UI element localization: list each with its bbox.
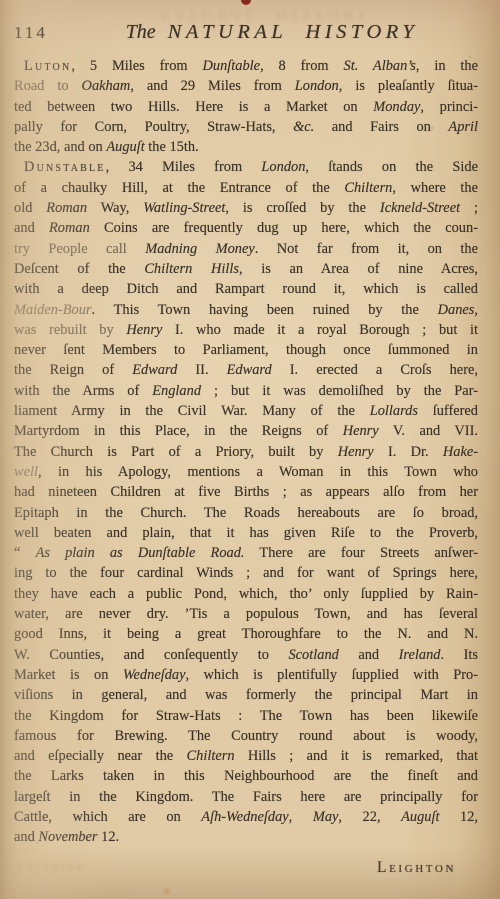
body-text: the Larks taken in this Neighbourhood ar… [14, 768, 478, 784]
body-text: , 5 Miles from [71, 58, 202, 74]
body-text: and [14, 220, 49, 236]
body-text: liament Army in the Civil War. Many of t… [14, 403, 370, 419]
catchword: Leighton [377, 859, 456, 877]
text-line: liament Army in the Civil War. Many of t… [14, 401, 478, 421]
body-text: . This Town having been ruined by the [92, 302, 438, 318]
text-line: the 23d, and on Auguſt the 15th. [14, 137, 478, 157]
body-text: try People call [14, 241, 145, 257]
text-line: of a chaulky Hill, at the Entrance of th… [14, 178, 478, 198]
text-line: ted between two Hills. Here is a Market … [14, 97, 478, 117]
italic-text: Watling-Street [143, 200, 225, 216]
body-text: Martyrdom in this Place, in the Reigns o… [14, 423, 343, 439]
text-line: Cattle, which are on Aſh-Wedneſday, May,… [14, 807, 478, 827]
text-line: W. Counties, and conſequently to Scotlan… [14, 645, 478, 665]
italic-text: Edward [132, 362, 177, 378]
italic-text: Chiltern [187, 748, 235, 764]
body-text: , [289, 809, 313, 825]
text-line: Dunstable, 34 Miles from London, ſtands … [14, 157, 478, 177]
body-text: ſuffered [418, 403, 478, 419]
text-line: Epitaph in the Church. The Roads hereabo… [14, 503, 478, 523]
body-text: ; but it was demoliſhed by the Par- [201, 383, 478, 399]
italic-text: Oakham [82, 78, 131, 94]
text-line: and November 12. [14, 827, 478, 847]
body-text: pally for Corn, Poultry, Straw-Hats, [14, 119, 293, 135]
body-text: viſions in general, and was formerly the… [14, 687, 478, 703]
text-line: with the Arms of England ; but it was de… [14, 381, 478, 401]
body-text: the Reign of [14, 362, 132, 378]
body-text: W. Counties, and conſequently to [14, 647, 288, 663]
body-text: . Its [440, 647, 478, 663]
text-line: Deſcent of the Chiltern Hills, is an Are… [14, 259, 478, 279]
text-line: well, in his Apology, mentions a Woman i… [14, 462, 478, 482]
page-number: 114 [14, 23, 66, 43]
italic-text: &c. [293, 119, 314, 135]
italic-text: Auguſt [401, 809, 439, 825]
text-line: Road to Oakham, and 29 Miles from London… [14, 76, 478, 96]
text-line: viſions in general, and was formerly the… [14, 685, 478, 705]
body-text: II. [177, 362, 226, 378]
body-text: never ſent Members to Parliament, though… [14, 342, 478, 358]
body-text: of a chaulky Hill, at the Entrance of th… [14, 180, 344, 196]
body-text: 12. [98, 829, 120, 845]
text-line: the Larks taken in this Neighbourhood ar… [14, 766, 478, 786]
italic-text: London [295, 78, 339, 94]
body-text: I. Dr. [374, 444, 443, 460]
body-text: , is an Area of nine Acres, [239, 261, 478, 277]
body-text: and [14, 829, 38, 845]
italic-text: Monday [373, 99, 420, 115]
italic-text: well [14, 464, 38, 480]
italic-text: May [313, 809, 339, 825]
body-text: and Fairs on [314, 119, 448, 135]
text-line: had nineteen Children at five Births ; a… [14, 482, 478, 502]
body-text: Hills ; and it is remarked, that [235, 748, 478, 764]
body-text: Luton [24, 58, 71, 74]
body-text: , is pleaſantly ſitua- [339, 78, 478, 94]
body-text: Coins are frequently dug up here, which … [90, 220, 478, 236]
body-text: Epitaph in the Church. The Roads hereabo… [14, 505, 478, 521]
text-line: ing to the four cardinal Winds ; and for… [14, 563, 478, 583]
body-text: , in his Apology, mentions a Woman in th… [38, 464, 478, 480]
body-text: ing to the four cardinal Winds ; and for… [14, 565, 478, 581]
text-line: Maiden-Bour. This Town having been ruine… [14, 300, 478, 320]
body-text: , 34 Miles from [106, 159, 262, 175]
text-line: Martyrdom in this Place, in the Reigns o… [14, 421, 478, 441]
italic-text: Danes [438, 302, 475, 318]
body-text: , 22, [338, 809, 401, 825]
text-line: well beaten and plain, that it has given… [14, 523, 478, 543]
body-text: , 8 from [260, 58, 343, 74]
italic-text: Madning Money [145, 241, 255, 257]
body-text: Dunstable [24, 159, 106, 175]
body-text: , in the [416, 58, 478, 74]
body-text: There are four Streets anſwer- [245, 545, 478, 561]
page-title-main: NATURAL HISTORY [168, 21, 419, 43]
italic-text: Aſh-Wedneſday [201, 809, 288, 825]
body-text: the 23d, and on [14, 139, 106, 155]
body-text: , which is plentifully ſupplied with Pro… [185, 667, 478, 683]
italic-text: Hake- [443, 444, 478, 460]
body-text: , and 29 Miles from [130, 78, 294, 94]
text-line: old Roman Way, Watling-Street, is croſſe… [14, 198, 478, 218]
italic-text: Scotland [288, 647, 338, 663]
body-text: , ſtands on the Side [305, 159, 478, 175]
body-text: , princi- [420, 99, 478, 115]
body-text: Road to [14, 78, 82, 94]
italic-text: As plain as Dunſtable Road. [36, 545, 245, 561]
italic-text: London [261, 159, 305, 175]
page-title: The NATURAL HISTORY [66, 21, 478, 44]
text-line: water, are never dry. ’Tis a populous To… [14, 604, 478, 624]
body-text: and eſpecially near the [14, 748, 187, 764]
body-text: well beaten and plain, that it has given… [14, 525, 478, 541]
body-text: was rebuilt by [14, 322, 126, 338]
body-text: , where the [392, 180, 478, 196]
body-text: I. erected a Croſs here, [272, 362, 478, 378]
body-text: good Inns, it being a great Thoroughfare… [14, 626, 478, 642]
italic-text: England [152, 383, 201, 399]
text-line: pally for Corn, Poultry, Straw-Hats, &c.… [14, 117, 478, 137]
body-text: Way, [87, 200, 143, 216]
italic-text: Maiden-Bour [14, 302, 92, 318]
body-text: had nineteen Children at five Births ; a… [14, 484, 478, 500]
body-text: “ [14, 545, 36, 561]
text-line: try People call Madning Money. Not far f… [14, 239, 478, 259]
text-line: and eſpecially near the Chiltern Hills ;… [14, 746, 478, 766]
italic-text: Dunſtable [203, 58, 261, 74]
body-text: largeſt in the Kingdom. The Fairs here a… [14, 789, 478, 805]
text-line: was rebuilt by Henry I. who made it a ro… [14, 320, 478, 340]
italic-text: Henry [343, 423, 379, 439]
body-text: ; [460, 200, 478, 216]
italic-text: Lollards [370, 403, 418, 419]
body-text: with the Arms of [14, 383, 152, 399]
italic-text: Roman [46, 200, 87, 216]
body-text: water, are never dry. ’Tis a populous To… [14, 606, 478, 622]
italic-text: November [38, 829, 97, 845]
text-line: “ As plain as Dunſtable Road. There are … [14, 543, 478, 563]
italic-text: Henry [338, 444, 374, 460]
text-line: largeſt in the Kingdom. The Fairs here a… [14, 787, 478, 807]
text-line: famous for Brewing. The Country round ab… [14, 726, 478, 746]
page-header: 114 The NATURAL HISTORY [0, 0, 500, 44]
text-line: the Kingdom for Straw-Hats : The Town ha… [14, 706, 478, 726]
italic-text: Edward [227, 362, 272, 378]
text-line: good Inns, it being a great Thoroughfare… [14, 624, 478, 644]
body-text: The Church is Part of a Priory, built by [14, 444, 338, 460]
body-text: ted between two Hills. Here is a Market … [14, 99, 373, 115]
body-text: and [339, 647, 399, 663]
body-text: the Kingdom for Straw-Hats : The Town ha… [14, 708, 478, 724]
body-text: with a deep Ditch and Rampart round it, … [14, 281, 478, 297]
body-text: , [474, 302, 478, 318]
body-text: I. who made it a royal Borough ; but it [162, 322, 478, 338]
text-line: never ſent Members to Parliament, though… [14, 340, 478, 360]
body-text: old [14, 200, 46, 216]
body-text: the 15th. [145, 139, 199, 155]
text-line: Luton, 5 Miles from Dunſtable, 8 from St… [14, 56, 478, 76]
page-text: Luton, 5 Miles from Dunſtable, 8 from St… [14, 56, 478, 848]
show-through-ghost-bottom: Leighton [18, 860, 85, 875]
text-line: The Church is Part of a Priory, built by… [14, 442, 478, 462]
body-text: 12, [439, 809, 478, 825]
italic-text: Ireland [399, 647, 441, 663]
body-text: V. and VII. [379, 423, 478, 439]
text-line: Market is on Wedneſday, which is plentif… [14, 665, 478, 685]
text-line: they have each a public Pond, which, tho… [14, 584, 478, 604]
italic-text: Henry [126, 322, 162, 338]
italic-text: April [448, 119, 478, 135]
book-page: NATURAL HISTORY 114 The NATURAL HISTORY … [0, 0, 500, 899]
page-title-the: The [126, 21, 156, 43]
body-text: Deſcent of the [14, 261, 144, 277]
italic-text: Chiltern Hills [144, 261, 239, 277]
text-line: with a deep Ditch and Rampart round it, … [14, 279, 478, 299]
italic-text: Wedneſday [123, 667, 186, 683]
body-text: they have each a public Pond, which, tho… [14, 586, 478, 602]
italic-text: St. Alban’s [344, 58, 416, 74]
body-text: Cattle, which are on [14, 809, 201, 825]
italic-text: Auguſt [106, 139, 144, 155]
italic-text: Chiltern [344, 180, 392, 196]
text-line: and Roman Coins are frequently dug up he… [14, 218, 478, 238]
body-text: Market is on [14, 667, 123, 683]
italic-text: Roman [49, 220, 90, 236]
body-text: famous for Brewing. The Country round ab… [14, 728, 478, 744]
body-text: , is croſſed by the [225, 200, 380, 216]
italic-text: Ickneld-Street [380, 200, 460, 216]
body-text: . Not far from it, on the [255, 241, 478, 257]
text-line: the Reign of Edward II. Edward I. erecte… [14, 360, 478, 380]
